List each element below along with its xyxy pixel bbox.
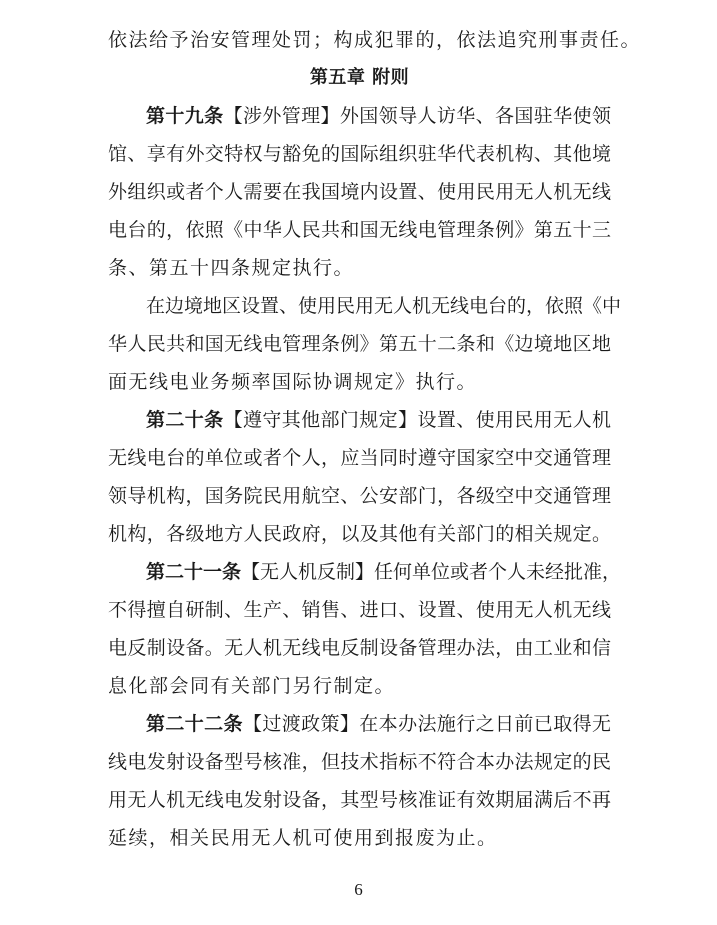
article-21: 第二十一条【无人机反制】任何单位或者个人未经批准， 不得擅自研制、生产、销售、进… [108,553,611,705]
article-first-line: 第十九条【涉外管理】外国领导人访华、各国驻华使领 [108,97,611,135]
article-line: 电台的，依照《中华人民共和国无线电管理条例》第五十三 [108,211,611,249]
article-text: 外国领导人访华、各国驻华使领 [340,105,611,127]
page-number: 6 [0,880,717,900]
chapter-title: 第五章 附则 [108,59,611,97]
article-line: 条、第五十四条规定执行。 [108,249,611,287]
article-line: 电反制设备。无人机无线电反制设备管理办法，由工业和信 [108,629,611,667]
article-text: 设置、使用民用无人机 [417,409,611,431]
article-line: 馆、享有外交特权与豁免的国际组织驻华代表机构、其他境 [108,135,611,173]
article-line: 领导机构，国务院民用航空、公安部门，各级空中交通管理 [108,477,611,515]
article-paragraph-line: 面无线电业务频率国际协调规定》执行。 [108,363,611,401]
article-number: 第二十一条 [146,561,241,583]
article-line: 无线电台的单位或者个人，应当同时遵守国家空中交通管理 [108,439,611,477]
article-line: 不得擅自研制、生产、销售、进口、设置、使用无人机无线 [108,591,611,629]
article-first-line: 第二十一条【无人机反制】任何单位或者个人未经批准， [108,553,611,591]
document-page: 依法给予治安管理处罚；构成犯罪的，依法追究刑事责任。 第五章 附则 第十九条【涉… [108,21,611,857]
article-text: 任何单位或者个人未经批准， [374,561,621,583]
article-paragraph-line: 在边境地区设置、使用民用无人机无线电台的，依照《中 [108,287,611,325]
article-first-line: 第二十二条【过渡政策】在本办法施行之日前已取得无 [108,705,611,743]
article-19: 第十九条【涉外管理】外国领导人访华、各国驻华使领 馆、享有外交特权与豁免的国际组… [108,97,611,401]
article-number: 第十九条 [146,105,224,127]
article-number: 第二十二条 [146,713,243,735]
article-first-line: 第二十条【遵守其他部门规定】设置、使用民用无人机 [108,401,611,439]
article-line: 息化部会同有关部门另行制定。 [108,667,611,705]
article-paragraph-line: 华人民共和国无线电管理条例》第五十二条和《边境地区地 [108,325,611,363]
continuation-line: 依法给予治安管理处罚；构成犯罪的，依法追究刑事责任。 [108,21,611,59]
article-text: 在本办法施行之日前已取得无 [359,713,611,735]
article-line: 外组织或者个人需要在我国境内设置、使用民用无人机无线 [108,173,611,211]
article-line: 延续，相关民用无人机可使用到报废为止。 [108,819,611,857]
article-heading: 【无人机反制】 [241,561,374,583]
article-number: 第二十条 [146,409,224,431]
article-line: 线电发射设备型号核准，但技术指标不符合本办法规定的民 [108,743,611,781]
article-20: 第二十条【遵守其他部门规定】设置、使用民用无人机 无线电台的单位或者个人，应当同… [108,401,611,553]
article-heading: 【遵守其他部门规定】 [224,409,418,431]
article-heading: 【过渡政策】 [243,713,359,735]
article-heading: 【涉外管理】 [224,105,340,127]
article-22: 第二十二条【过渡政策】在本办法施行之日前已取得无 线电发射设备型号核准，但技术指… [108,705,611,857]
article-line: 用无人机无线电发射设备，其型号核准证有效期届满后不再 [108,781,611,819]
article-line: 机构，各级地方人民政府，以及其他有关部门的相关规定。 [108,515,611,553]
